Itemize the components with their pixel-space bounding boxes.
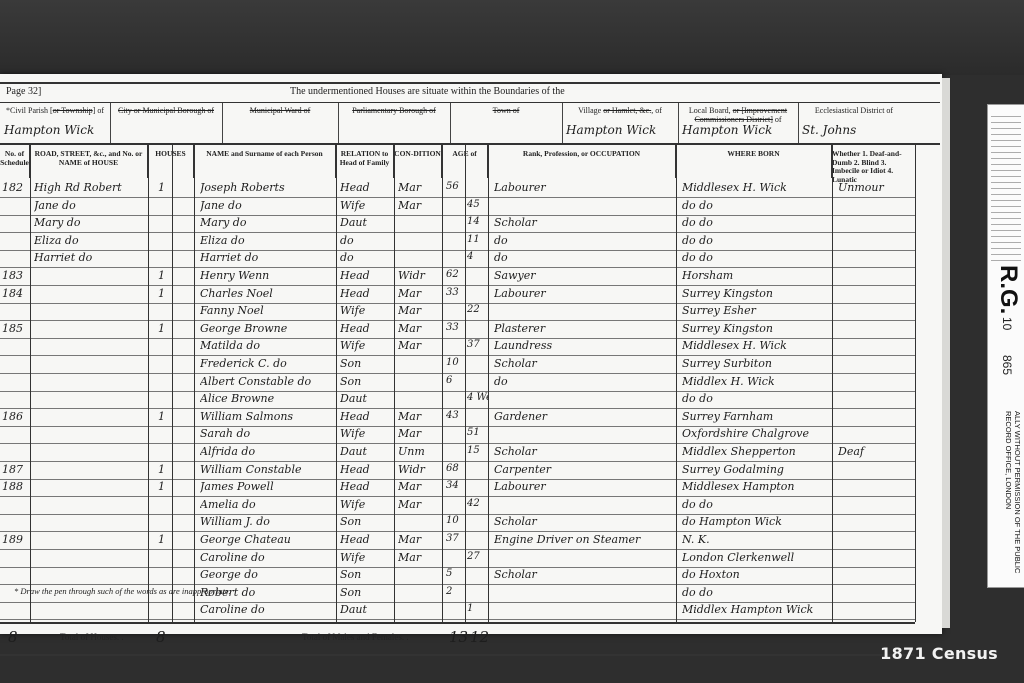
cell-relation: Son — [340, 568, 392, 583]
table-row: 1831Henry WennHeadWidr62SawyerHorsham — [0, 268, 915, 286]
cell-female-age — [467, 181, 489, 196]
cell-relation: do — [340, 234, 392, 249]
cell-infirmity — [838, 515, 914, 530]
cell-occupation: Plasterer — [494, 322, 674, 337]
village-field: Village or Hamlet, &c., of Hampton Wick — [562, 103, 679, 143]
local-board-label: Local Board, or [Improvement Commissione… — [678, 106, 798, 124]
column-rule — [442, 144, 443, 622]
cell-male-age: 6 — [446, 375, 466, 390]
cell-name: Sarah do — [200, 427, 334, 442]
cell-inhabited — [158, 515, 172, 530]
cell-male-age: 62 — [446, 269, 466, 284]
cell-infirmity — [838, 586, 914, 601]
cell-female-age: 37 — [467, 339, 489, 354]
cell-born: Middlesex H. Wick — [682, 181, 830, 196]
cell-road — [34, 445, 146, 460]
town-field: Town of — [450, 103, 563, 143]
table-row: 1871William ConstableHeadWidr68Carpenter… — [0, 462, 915, 480]
cell-infirmity — [838, 304, 914, 319]
table-row: Alice BrowneDaut4 Weeksdo do — [0, 391, 915, 409]
cell-name: Albert Constable do — [200, 375, 334, 390]
cell-infirmity — [838, 463, 914, 478]
cell-schedule — [2, 251, 30, 266]
cell-condition — [398, 357, 440, 372]
table-row: Sarah doWifeMar51Oxfordshire Chalgrove — [0, 426, 915, 444]
cell-condition: Mar — [398, 322, 440, 337]
cell-relation: Son — [340, 357, 392, 372]
cell-born: London Clerkenwell — [682, 551, 830, 566]
cell-inhabited — [158, 304, 172, 319]
col-infirmity: Whether 1. Deaf-and-Dumb 2. Blind 3. Imb… — [832, 144, 916, 178]
cell-schedule: 187 — [2, 463, 30, 478]
cell-male-age: 37 — [446, 533, 466, 548]
cell-occupation: do — [494, 251, 674, 266]
cell-born: Middlex H. Wick — [682, 375, 830, 390]
cell-schedule — [2, 445, 30, 460]
cell-born: Surrey Farnham — [682, 410, 830, 425]
cell-infirmity — [838, 603, 914, 618]
cell-female-age: 22 — [467, 304, 489, 319]
cell-road — [34, 603, 146, 618]
cell-born: do Hampton Wick — [682, 515, 830, 530]
cell-condition — [398, 392, 440, 407]
cell-occupation — [494, 392, 674, 407]
cell-schedule — [2, 568, 30, 583]
cell-schedule — [2, 515, 30, 530]
ecclesiastical-district-value: St. Johns — [802, 123, 906, 137]
cell-infirmity — [838, 568, 914, 583]
ecclesiastical-district-label: Ecclesiastical District of — [798, 106, 910, 115]
total-schedules: 8 — [8, 628, 18, 646]
cell-born: do do — [682, 498, 830, 513]
local-board-value: Hampton Wick — [682, 123, 794, 137]
cell-road — [34, 551, 146, 566]
cell-occupation — [494, 427, 674, 442]
cell-occupation: Sawyer — [494, 269, 674, 284]
cell-relation: Son — [340, 586, 392, 601]
cell-male-age — [446, 551, 466, 566]
total-persons-label: Total of Males and Females. . — [302, 632, 409, 642]
column-rule — [915, 144, 916, 622]
cell-female-age: 15 — [467, 445, 489, 460]
cell-male-age: 56 — [446, 181, 466, 196]
cell-female-age — [467, 533, 489, 548]
ruler-marks — [991, 111, 1021, 261]
cell-inhabited — [158, 234, 172, 249]
cell-inhabited — [158, 375, 172, 390]
table-row: Eliza doEliza dodo11dodo do — [0, 233, 915, 251]
cell-condition — [398, 586, 440, 601]
cell-inhabited — [158, 199, 172, 214]
cell-condition: Mar — [398, 480, 440, 495]
cell-condition: Mar — [398, 199, 440, 214]
cell-name: William Constable — [200, 463, 334, 478]
cell-born: do Hoxton — [682, 568, 830, 583]
cell-infirmity — [838, 287, 914, 302]
cell-female-age — [467, 480, 489, 495]
cell-born: Middlesex Hampton — [682, 480, 830, 495]
cell-name: Alfrida do — [200, 445, 334, 460]
civil-parish-label: *Civil Parish [or Township] of — [0, 106, 110, 115]
table-row: William J. doSon10Scholardo Hampton Wick — [0, 514, 915, 532]
cell-schedule — [2, 339, 30, 354]
col-occupation: Rank, Profession, or OCCUPATION — [488, 144, 676, 178]
cell-name: George do — [200, 568, 334, 583]
cell-inhabited — [158, 251, 172, 266]
cell-female-age — [467, 463, 489, 478]
cell-name: Charles Noel — [200, 287, 334, 302]
cell-female-age — [467, 375, 489, 390]
cell-infirmity — [838, 480, 914, 495]
cell-schedule — [2, 427, 30, 442]
cell-schedule: 188 — [2, 480, 30, 495]
cell-infirmity — [838, 427, 914, 442]
cell-condition: Mar — [398, 410, 440, 425]
cell-female-age: 51 — [467, 427, 489, 442]
cell-name: Fanny Noel — [200, 304, 334, 319]
cell-road: High Rd Robert — [34, 181, 146, 196]
column-rule — [172, 144, 173, 622]
cell-relation: Wife — [340, 199, 392, 214]
cell-relation: Wife — [340, 304, 392, 319]
cell-occupation: Scholar — [494, 216, 674, 231]
cell-relation: Daut — [340, 392, 392, 407]
col-relation: RELATION to Head of Family — [336, 144, 394, 178]
cell-occupation: Laundress — [494, 339, 674, 354]
cell-male-age: 43 — [446, 410, 466, 425]
cell-born: Surrey Godalming — [682, 463, 830, 478]
cell-male-age — [446, 392, 466, 407]
cell-road — [34, 269, 146, 284]
parliamentary-borough-field: Parliamentary Borough of — [338, 103, 451, 143]
cell-infirmity: Deaf — [838, 445, 914, 460]
cell-infirmity — [838, 375, 914, 390]
cell-road — [34, 304, 146, 319]
cell-name: Amelia do — [200, 498, 334, 513]
cell-name: Caroline do — [200, 603, 334, 618]
cell-infirmity — [838, 251, 914, 266]
cell-male-age — [446, 304, 466, 319]
cell-female-age — [467, 287, 489, 302]
village-value: Hampton Wick — [566, 123, 674, 137]
cell-name: Harriet do — [200, 251, 334, 266]
cell-inhabited — [158, 445, 172, 460]
cell-male-age: 2 — [446, 586, 466, 601]
cell-road — [34, 322, 146, 337]
cell-schedule: 189 — [2, 533, 30, 548]
cell-occupation: Scholar — [494, 515, 674, 530]
cell-occupation: Labourer — [494, 287, 674, 302]
cell-inhabited: 1 — [158, 463, 172, 478]
cell-female-age — [467, 586, 489, 601]
cell-female-age: 42 — [467, 498, 489, 513]
cell-male-age — [446, 234, 466, 249]
cell-relation: Wife — [340, 551, 392, 566]
cell-occupation — [494, 603, 674, 618]
cell-road — [34, 498, 146, 513]
cell-name: Mary do — [200, 216, 334, 231]
cell-name: Alice Browne — [200, 392, 334, 407]
col-name: NAME and Surname of each Person — [194, 144, 336, 178]
table-row: Jane doJane doWifeMar45do do — [0, 198, 915, 216]
cell-occupation: do — [494, 234, 674, 249]
cell-occupation — [494, 304, 674, 319]
cell-relation: Head — [340, 463, 392, 478]
cell-occupation: Scholar — [494, 568, 674, 583]
cell-schedule: 185 — [2, 322, 30, 337]
cell-condition: Mar — [398, 304, 440, 319]
col-road: ROAD, STREET, &c., and No. or NAME of HO… — [30, 144, 148, 178]
cell-male-age: 34 — [446, 480, 466, 495]
cell-inhabited — [158, 357, 172, 372]
folio-number: 865 — [1000, 355, 1014, 375]
cell-relation: Daut — [340, 216, 392, 231]
cell-condition: Mar — [398, 427, 440, 442]
dark-background — [0, 0, 1024, 75]
cell-inhabited: 1 — [158, 322, 172, 337]
total-females: 12 — [470, 628, 489, 646]
municipal-borough-field: City or Municipal Borough of — [110, 103, 223, 143]
cell-relation: Head — [340, 322, 392, 337]
column-rule — [194, 144, 195, 622]
cell-male-age: 33 — [446, 322, 466, 337]
cell-female-age — [467, 515, 489, 530]
table-row: Harriet doHarriet dodo4dodo do — [0, 250, 915, 268]
column-rule — [676, 144, 677, 622]
cell-occupation — [494, 586, 674, 601]
cell-relation: do — [340, 251, 392, 266]
cell-name: William J. do — [200, 515, 334, 530]
cell-relation: Wife — [340, 339, 392, 354]
cell-female-age — [467, 410, 489, 425]
cell-condition — [398, 603, 440, 618]
table-row: 1841Charles NoelHeadMar33LabourerSurrey … — [0, 286, 915, 304]
parliamentary-borough-label: Parliamentary Borough of — [338, 106, 450, 115]
cell-schedule: 184 — [2, 287, 30, 302]
cell-male-age: 10 — [446, 515, 466, 530]
cell-male-age — [446, 216, 466, 231]
col-where-born: WHERE BORN — [676, 144, 832, 178]
footnote: * Draw the pen through such of the words… — [14, 586, 231, 596]
cell-name: George Chateau — [200, 533, 334, 548]
cell-inhabited — [158, 568, 172, 583]
cell-occupation: Scholar — [494, 357, 674, 372]
cell-condition — [398, 515, 440, 530]
cell-occupation — [494, 199, 674, 214]
cell-infirmity — [838, 216, 914, 231]
total-males: 13 — [449, 628, 468, 646]
cell-schedule — [2, 357, 30, 372]
cell-male-age — [446, 199, 466, 214]
table-row: 1881James PowellHeadMar34LabourerMiddles… — [0, 479, 915, 497]
cell-condition: Mar — [398, 498, 440, 513]
cell-male-age — [446, 251, 466, 266]
cell-occupation: Scholar — [494, 445, 674, 460]
column-rule — [394, 144, 395, 622]
ecclesiastical-district-field: Ecclesiastical District of St. Johns — [798, 103, 910, 143]
total-houses: 8 — [156, 628, 166, 646]
table-row: 1891George ChateauHeadMar37Engine Driver… — [0, 532, 915, 550]
cell-female-age — [467, 568, 489, 583]
column-rule — [148, 144, 149, 622]
cell-infirmity — [838, 392, 914, 407]
cell-born: Surrey Kingston — [682, 322, 830, 337]
cell-inhabited — [158, 216, 172, 231]
cell-female-age — [467, 357, 489, 372]
cell-infirmity — [838, 234, 914, 249]
cell-relation: Head — [340, 287, 392, 302]
cell-name: Jane do — [200, 199, 334, 214]
cell-road: Mary do — [34, 216, 146, 231]
cell-occupation — [494, 498, 674, 513]
cell-infirmity — [838, 533, 914, 548]
cell-born: N. K. — [682, 533, 830, 548]
cell-road: Jane do — [34, 199, 146, 214]
town-label: Town of — [450, 106, 562, 115]
cell-born: do do — [682, 216, 830, 231]
cell-road — [34, 533, 146, 548]
cell-name: Frederick C. do — [200, 357, 334, 372]
cell-infirmity — [838, 339, 914, 354]
table-row: Caroline doWifeMar27London Clerkenwell — [0, 550, 915, 568]
col-houses: HOUSES — [148, 144, 194, 178]
cell-female-age: 4 Weeks — [467, 392, 489, 407]
cell-condition: Mar — [398, 533, 440, 548]
cell-born: Middlex Hampton Wick — [682, 603, 830, 618]
table-row: Fanny NoelWifeMar22Surrey Esher — [0, 303, 915, 321]
totals-row: 8 Total of Houses. . 8 Total of Males an… — [0, 622, 915, 656]
cell-inhabited: 1 — [158, 480, 172, 495]
table-row: George doSon5Scholardo Hoxton — [0, 567, 915, 585]
cell-relation: Head — [340, 410, 392, 425]
page-number: Page 32] — [6, 86, 41, 97]
cell-male-age — [446, 498, 466, 513]
cell-infirmity — [838, 199, 914, 214]
cell-name: Eliza do — [200, 234, 334, 249]
piece-number: 10 — [1000, 317, 1014, 330]
cell-name: Matilda do — [200, 339, 334, 354]
cell-male-age: 10 — [446, 357, 466, 372]
cell-schedule — [2, 551, 30, 566]
cell-relation: Head — [340, 181, 392, 196]
column-rule — [488, 144, 489, 622]
boundaries-intro: The undermentioned Houses are situate wi… — [290, 86, 565, 97]
cell-female-age — [467, 269, 489, 284]
cell-born: Surrey Esher — [682, 304, 830, 319]
cell-female-age: 1 — [467, 603, 489, 618]
cell-condition — [398, 251, 440, 266]
total-houses-label: Total of Houses. . — [60, 632, 124, 642]
cell-born: do do — [682, 234, 830, 249]
cell-road — [34, 392, 146, 407]
cell-condition: Mar — [398, 287, 440, 302]
cell-male-age — [446, 427, 466, 442]
village-label: Village or Hamlet, &c., of — [562, 106, 678, 115]
cell-female-age: 14 — [467, 216, 489, 231]
cell-relation: Head — [340, 480, 392, 495]
cell-condition: Widr — [398, 463, 440, 478]
cell-road — [34, 463, 146, 478]
cell-male-age — [446, 603, 466, 618]
cell-female-age: 4 — [467, 251, 489, 266]
census-page: Page 32] The undermentioned Houses are s… — [0, 74, 942, 634]
table-row: 182High Rd Robert1Joseph RobertsHeadMar5… — [0, 180, 915, 198]
table-row: Mary doMary doDaut14Scholardo do — [0, 215, 915, 233]
cell-relation: Wife — [340, 427, 392, 442]
col-schedule: No. of Schedule — [0, 144, 30, 178]
cell-occupation: Labourer — [494, 480, 674, 495]
cell-name: Joseph Roberts — [200, 181, 334, 196]
boundary-header: *Civil Parish [or Township] of Hampton W… — [0, 102, 940, 145]
cell-road — [34, 357, 146, 372]
cell-road — [34, 480, 146, 495]
cell-born: do do — [682, 251, 830, 266]
cell-born: do do — [682, 586, 830, 601]
cell-condition: Mar — [398, 181, 440, 196]
municipal-ward-field: Municipal Ward of — [222, 103, 339, 143]
cell-schedule — [2, 304, 30, 319]
cell-inhabited — [158, 427, 172, 442]
cell-condition — [398, 568, 440, 583]
cell-condition: Mar — [398, 551, 440, 566]
cell-condition: Unm — [398, 445, 440, 460]
cell-infirmity — [838, 269, 914, 284]
cell-name: George Browne — [200, 322, 334, 337]
cell-road — [34, 515, 146, 530]
cell-condition: Widr — [398, 269, 440, 284]
cell-infirmity — [838, 322, 914, 337]
cell-relation: Wife — [340, 498, 392, 513]
cell-female-age: 27 — [467, 551, 489, 566]
permission-notice: ALLY WITHOUT PERMISSION OF THE PUBLIC RE… — [1004, 411, 1022, 591]
cell-female-age: 45 — [467, 199, 489, 214]
cell-schedule: 186 — [2, 410, 30, 425]
cell-male-age: 68 — [446, 463, 466, 478]
cell-relation: Daut — [340, 603, 392, 618]
column-rule — [336, 144, 337, 622]
cell-relation: Head — [340, 269, 392, 284]
caption: 1871 Census — [880, 644, 998, 663]
cell-occupation: do — [494, 375, 674, 390]
cell-schedule — [2, 234, 30, 249]
cell-road — [34, 410, 146, 425]
cell-inhabited: 1 — [158, 181, 172, 196]
cell-name: James Powell — [200, 480, 334, 495]
civil-parish-value: Hampton Wick — [4, 123, 106, 137]
cell-born: do do — [682, 199, 830, 214]
cell-name: Caroline do — [200, 551, 334, 566]
cell-born: do do — [682, 392, 830, 407]
cell-infirmity: Unmour — [838, 181, 914, 196]
cell-schedule — [2, 603, 30, 618]
table-row: Caroline doDaut1Middlex Hampton Wick — [0, 602, 915, 620]
cell-inhabited: 1 — [158, 410, 172, 425]
table-row: Matilda doWifeMar37LaundressMiddlesex H.… — [0, 338, 915, 356]
cell-born: Surrey Surbiton — [682, 357, 830, 372]
cell-road: Harriet do — [34, 251, 146, 266]
cell-infirmity — [838, 410, 914, 425]
cell-female-age — [467, 322, 489, 337]
cell-male-age: 5 — [446, 568, 466, 583]
cell-road — [34, 427, 146, 442]
cell-occupation: Labourer — [494, 181, 674, 196]
cell-inhabited: 1 — [158, 269, 172, 284]
cell-road — [34, 375, 146, 390]
cell-schedule — [2, 375, 30, 390]
column-rule — [30, 144, 31, 622]
cell-infirmity — [838, 357, 914, 372]
cell-schedule — [2, 392, 30, 407]
